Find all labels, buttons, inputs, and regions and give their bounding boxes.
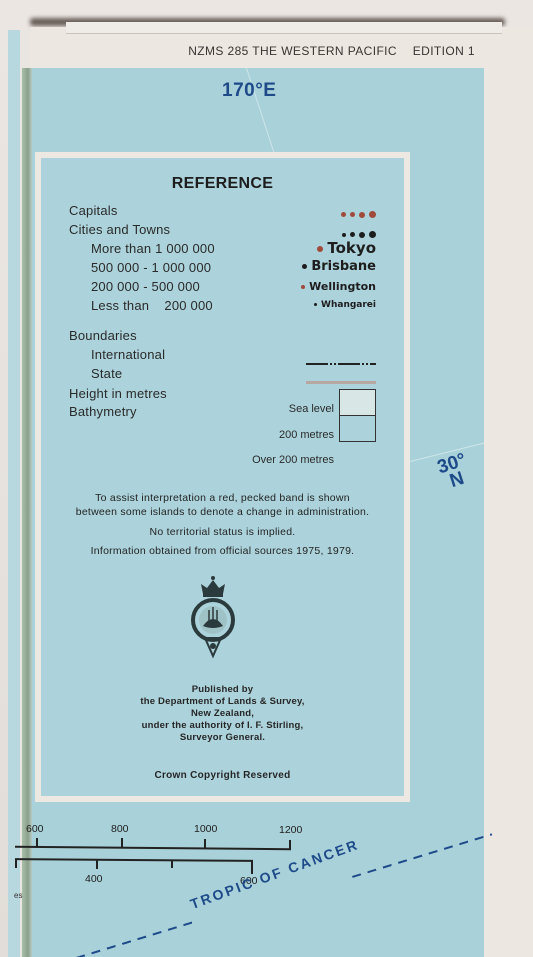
edition-label: EDITION 1 [413, 44, 475, 58]
back-sheet-edge [66, 22, 502, 34]
black-dot-icon [314, 303, 317, 306]
series-title: NZMS 285 THE WESTERN PACIFIC [188, 44, 397, 58]
scale-tick [204, 839, 206, 849]
city-example-whangarei: Whangarei [314, 300, 376, 310]
height-label: Height in metres [69, 386, 167, 401]
capitals-label: Capitals [69, 203, 118, 218]
publisher-line: under the authority of I. F. Stirling, [41, 720, 404, 732]
scale-tick [96, 860, 98, 869]
scale-tick [121, 838, 123, 848]
scale-unit-fragment: es [14, 891, 22, 900]
population-class-label: Less than 200 000 [91, 298, 213, 313]
publisher-line: the Department of Lands & Survey, [41, 696, 404, 708]
population-class-label: 500 000 - 1 000 000 [91, 260, 211, 275]
scale-tick-label: 1000 [194, 823, 217, 835]
scale-tick-label: 1200 [279, 824, 302, 836]
red-dot-icon [317, 246, 323, 252]
international-boundary-symbol [306, 363, 376, 365]
city-example-brisbane: Brisbane [302, 259, 376, 274]
scale-tick [251, 861, 253, 874]
bathymetry-shallow-swatch [339, 389, 376, 416]
cities-towns-label: Cities and Towns [69, 222, 170, 237]
scale-tick-label: 800 [111, 823, 129, 835]
state-boundary-symbol [306, 381, 376, 384]
bathymetry-level-label: Sea level [289, 403, 334, 415]
scale-tick [36, 838, 38, 848]
scale-tick-label: 400 [85, 873, 103, 885]
copyright-notice: Crown Copyright Reserved [41, 770, 404, 781]
publisher-line: New Zealand, [41, 708, 404, 720]
longitude-label: 170°E [222, 80, 276, 102]
lands-and-survey-crest-icon [187, 574, 239, 666]
capitals-symbols [337, 206, 376, 224]
note-line: between some islands to denote a change … [41, 506, 404, 518]
scale-tick [15, 859, 17, 868]
population-class-label: 200 000 - 500 000 [91, 279, 200, 294]
bathymetry-deep-swatch [339, 416, 376, 442]
international-boundary-label: International [91, 347, 165, 362]
reference-panel: REFERENCE Capitals Cities and Towns More… [35, 152, 410, 802]
bathymetry-label: Bathymetry [69, 404, 137, 419]
boundaries-label: Boundaries [69, 328, 137, 343]
reference-title: REFERENCE [41, 175, 404, 193]
city-example-tokyo: Tokyo [317, 239, 376, 257]
bathymetry-level-label: 200 metres [279, 429, 334, 441]
note-line: Information obtained from official sourc… [41, 545, 404, 557]
bathymetry-level-label: Over 200 metres [252, 454, 334, 466]
scale-tick [289, 840, 291, 850]
note-line: To assist interpretation a red, pecked b… [41, 492, 404, 504]
black-dot-icon [302, 264, 307, 269]
city-example-wellington: Wellington [301, 280, 376, 293]
population-class-label: More than 1 000 000 [91, 241, 215, 256]
scale-tick-label: 600 [26, 823, 44, 835]
publisher-line: Published by [41, 684, 404, 696]
map-series-title: NZMS 285 THE WESTERN PACIFIC EDITION 1 [188, 44, 475, 58]
note-line: No territorial status is implied. [41, 526, 404, 538]
publisher-line: Surveyor General. [41, 732, 404, 744]
scale-tick [171, 860, 173, 868]
state-boundary-label: State [91, 366, 122, 381]
red-dot-icon [301, 285, 305, 289]
